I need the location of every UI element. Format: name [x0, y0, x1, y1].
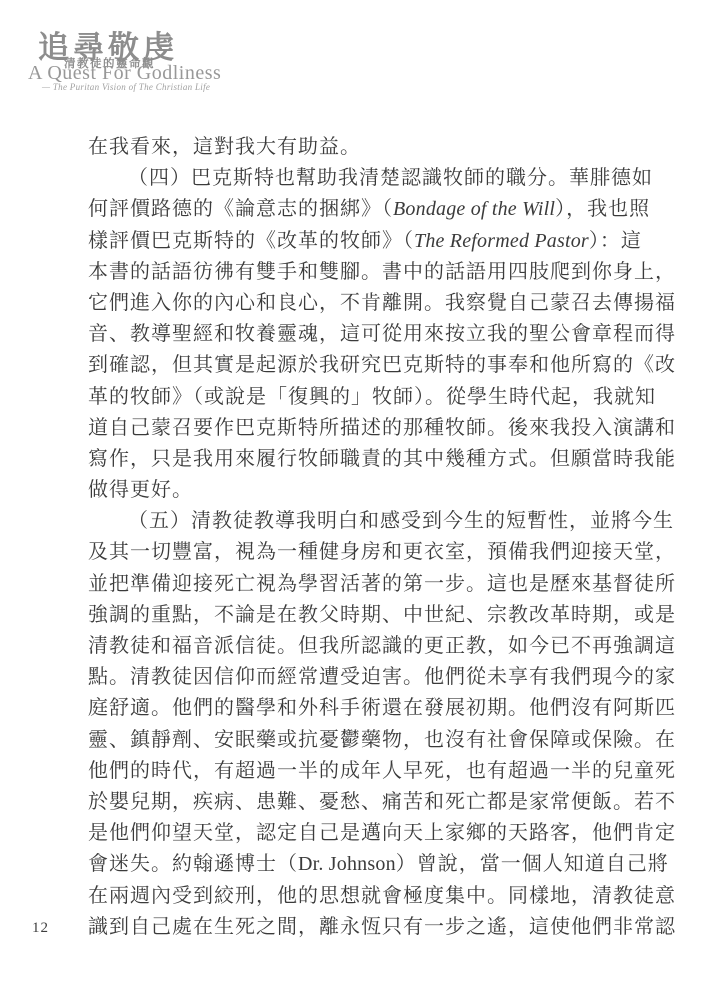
text-line: 他們的時代，有超過一半的成年人早死，也有超過一半的兒童死 [88, 756, 640, 787]
text-line: 於嬰兒期，疾病、患難、憂愁、痛苦和死亡都是家常便飯。若不 [88, 787, 640, 818]
chinese-text-segment: 會迷失。約翰遜博士（ [88, 853, 298, 875]
body-text: 在我看來，這對我大有助益。（四）巴克斯特也幫助我清楚認識牧師的職分。華腓德如何評… [88, 132, 640, 943]
text-line: 及其一切豐富，視為一種健身房和更衣室，預備我們迎接天堂， [88, 537, 640, 568]
text-line: 樣評價巴克斯特的《改革的牧師》（The Reformed Pastor）：這 [88, 226, 640, 257]
chinese-text-segment: 寫作，只是我用來履行牧師職責的其中幾種方式。但願當時我能 [88, 448, 676, 470]
text-line: 是他們仰望天堂，認定自己是邁向天上家鄉的天路客，他們肯定 [88, 818, 640, 849]
text-line: 革的牧師》（或說是「復興的」牧師）。從學生時代起，我就知 [88, 382, 640, 413]
chinese-text-segment: 並把準備迎接死亡視為學習活著的第一步。這也是歷來基督徒所 [88, 573, 676, 595]
text-line: 道自己蒙召要作巴克斯特所描述的那種牧師。後來我投入演講和 [88, 413, 640, 444]
chinese-text-segment: 是他們仰望天堂，認定自己是邁向天上家鄉的天路客，他們肯定 [88, 822, 676, 844]
chinese-text-segment: 庭舒適。他們的醫學和外科手術還在發展初期。他們沒有阿斯匹 [88, 697, 676, 719]
chinese-text-segment: 到確認，但其實是起源於我研究巴克斯特的事奉和他所寫的《改 [88, 354, 676, 376]
chinese-text-segment: 點。清教徒因信仰而經常遭受迫害。他們從未享有我們現今的家 [88, 666, 676, 688]
text-line: 在兩週內受到絞刑，他的思想就會極度集中。同樣地，清教徒意 [88, 881, 640, 912]
text-line: 會迷失。約翰遜博士（Dr. Johnson）曾說，當一個人知道自己將 [88, 849, 640, 880]
chinese-text-segment: 清教徒和福音派信徒。但我所認識的更正教，如今已不再強調這 [88, 635, 676, 657]
english-text-segment: The Reformed Pastor [414, 230, 589, 252]
text-line: 在我看來，這對我大有助益。 [88, 132, 640, 163]
chinese-text-segment: 強調的重點，不論是在教父時期、中世紀、宗教改革時期，或是 [88, 604, 676, 626]
english-text-segment: Dr. Johnson [298, 853, 396, 875]
chinese-text-segment: ）：這 [589, 230, 642, 252]
chinese-text-segment: 於嬰兒期，疾病、患難、憂愁、痛苦和死亡都是家常便飯。若不 [88, 791, 676, 813]
chinese-text-segment: 在我看來，這對我大有助益。 [88, 136, 361, 158]
chinese-text-segment: （五）清教徒教導我明白和感受到今生的短暫性，並將今生 [128, 510, 674, 532]
chinese-text-segment: 樣評價巴克斯特的《改革的牧師》（ [88, 230, 414, 252]
text-line: 它們進入你的內心和良心，不肯離開。我察覺自己蒙召去傳揚福 [88, 288, 640, 319]
chinese-text-segment: 他們的時代，有超過一半的成年人早死，也有超過一半的兒童死 [88, 760, 676, 782]
chinese-text-segment: 本書的話語彷彿有雙手和雙腳。書中的話語用四肢爬到你身上， [88, 261, 676, 283]
chinese-text-segment: 道自己蒙召要作巴克斯特所描述的那種牧師。後來我投入演講和 [88, 417, 676, 439]
text-line: 做得更好。 [88, 475, 640, 506]
chinese-text-segment: 做得更好。 [88, 479, 193, 501]
chinese-text-segment: （四）巴克斯特也幫助我清楚認識牧師的職分。華腓德如 [128, 167, 653, 189]
text-line: 點。清教徒因信仰而經常遭受迫害。他們從未享有我們現今的家 [88, 662, 640, 693]
text-line: 靈、鎮靜劑、安眠藥或抗憂鬱藥物，也沒有社會保障或保險。在 [88, 725, 640, 756]
text-line: 強調的重點，不論是在教父時期、中世紀、宗教改革時期，或是 [88, 600, 640, 631]
text-line: 何評價路德的《論意志的捆綁》（Bondage of the Will），我也照 [88, 194, 640, 225]
text-line: 清教徒和福音派信徒。但我所認識的更正教，如今已不再強調這 [88, 631, 640, 662]
chinese-text-segment: 何評價路德的《論意志的捆綁》（ [88, 198, 393, 220]
text-line: 寫作，只是我用來履行牧師職責的其中幾種方式。但願當時我能 [88, 444, 640, 475]
text-line: 識到自己處在生死之間，離永恆只有一步之遙，這使他們非常認 [88, 912, 640, 943]
chinese-text-segment: ）曾說，當一個人知道自己將 [396, 853, 669, 875]
book-page: 追尋敬虔 清教徒的靈命觀 A Quest For Godliness — The… [0, 0, 714, 1000]
text-line: 本書的話語彷彿有雙手和雙腳。書中的話語用四肢爬到你身上， [88, 257, 640, 288]
chinese-text-segment: 靈、鎮靜劑、安眠藥或抗憂鬱藥物，也沒有社會保障或保險。在 [88, 729, 676, 751]
text-line: 到確認，但其實是起源於我研究巴克斯特的事奉和他所寫的《改 [88, 350, 640, 381]
chinese-text-segment: 在兩週內受到絞刑，他的思想就會極度集中。同樣地，清教徒意 [88, 885, 676, 907]
text-line: （四）巴克斯特也幫助我清楚認識牧師的職分。華腓德如 [88, 163, 640, 194]
chinese-text-segment: 它們進入你的內心和良心，不肯離開。我察覺自己蒙召去傳揚福 [88, 292, 676, 314]
chinese-text-segment: 識到自己處在生死之間，離永恆只有一步之遙，這使他們非常認 [88, 916, 676, 938]
english-text-segment: Bondage of the Will [393, 198, 555, 220]
text-line: 並把準備迎接死亡視為學習活著的第一步。這也是歷來基督徒所 [88, 569, 640, 600]
chinese-text-segment: 音、教導聖經和牧養靈魂，這可從用來按立我的聖公會章程而得 [88, 323, 676, 345]
text-line: 庭舒適。他們的醫學和外科手術還在發展初期。他們沒有阿斯匹 [88, 693, 640, 724]
page-number: 12 [32, 920, 49, 937]
logo-tagline-english: — The Puritan Vision of The Christian Li… [42, 82, 210, 92]
chinese-text-segment: 革的牧師》（或說是「復興的」牧師）。從學生時代起，我就知 [88, 386, 656, 408]
chinese-text-segment: ），我也照 [555, 198, 650, 220]
chinese-text-segment: 及其一切豐富，視為一種健身房和更衣室，預備我們迎接天堂， [88, 541, 676, 563]
text-line: （五）清教徒教導我明白和感受到今生的短暫性，並將今生 [88, 506, 640, 537]
text-line: 音、教導聖經和牧養靈魂，這可從用來按立我的聖公會章程而得 [88, 319, 640, 350]
